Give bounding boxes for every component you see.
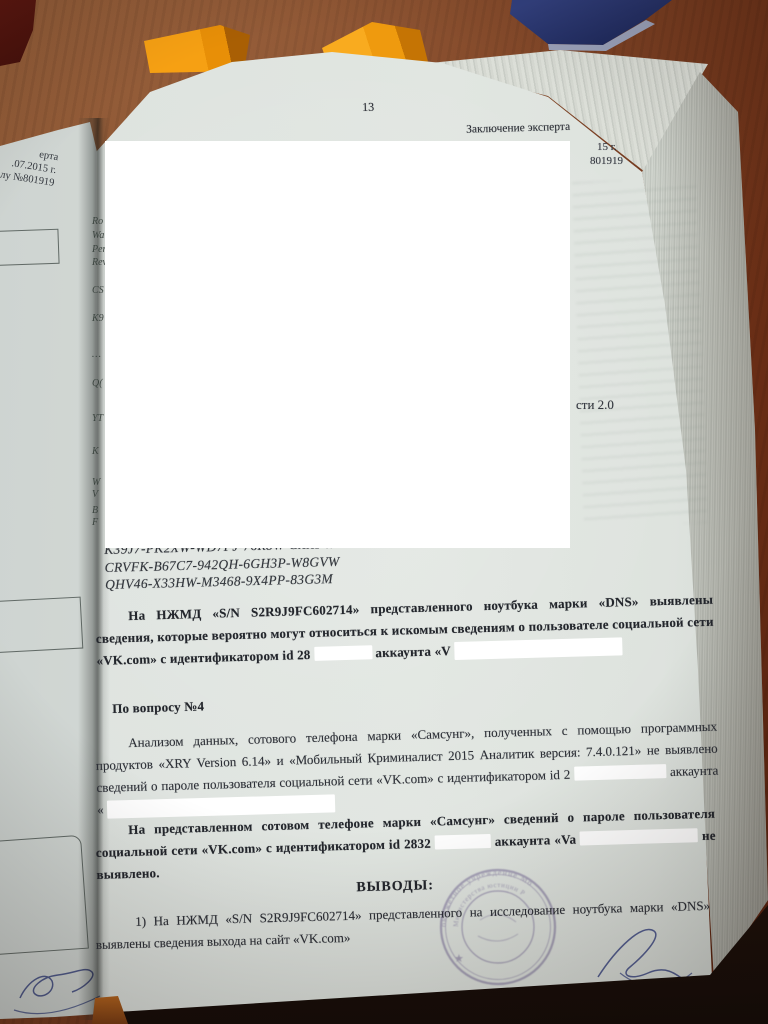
round-stamp: бюджетное учреждение Мо Министерства юст… bbox=[432, 860, 564, 994]
redaction-patch bbox=[314, 645, 372, 661]
redaction-patch bbox=[580, 828, 698, 845]
margin-fragment: V bbox=[92, 489, 98, 500]
left-page-form-box-top bbox=[0, 229, 60, 267]
page-number: 13 bbox=[362, 100, 374, 115]
cut-fragment-right: сти 2.0 bbox=[576, 397, 614, 413]
redaction-patch bbox=[574, 764, 666, 781]
blue-folder-cover bbox=[500, 0, 700, 62]
page-showthrough-text bbox=[572, 178, 708, 527]
margin-fragment: B bbox=[92, 505, 98, 516]
signature-left bbox=[10, 950, 105, 1020]
signature-stroke bbox=[598, 930, 690, 985]
margin-fragment: YT bbox=[92, 413, 103, 424]
paragraph-text: аккаунта «Va bbox=[495, 832, 577, 849]
margin-fragment: CS bbox=[92, 285, 104, 296]
left-page-text-fragments: ерта .07.2015 г. лу №801919 bbox=[0, 142, 59, 190]
signature-stroke bbox=[20, 970, 93, 998]
margin-fragment: … bbox=[92, 349, 101, 360]
stamp-inner-text-lines bbox=[478, 914, 518, 941]
stamp-star-icon: ★ bbox=[454, 953, 464, 965]
margin-fragment: F bbox=[92, 517, 98, 528]
stamp-inner-ring bbox=[462, 891, 534, 963]
margin-fragment: Q( bbox=[92, 378, 103, 389]
header-cut-fragment-case: 801919 bbox=[590, 155, 623, 167]
margin-fragment: Ro bbox=[92, 216, 103, 227]
question4-heading: По вопросу №4 bbox=[112, 698, 204, 717]
signature-stroke bbox=[14, 996, 100, 1014]
margin-fragment: W bbox=[92, 477, 100, 488]
photo-of-expert-report: ерта .07.2015 г. лу №801919 13 Заключени… bbox=[0, 0, 768, 1024]
left-page-form-box-middle bbox=[0, 597, 83, 654]
margin-fragment: K bbox=[92, 446, 99, 457]
paragraph-text: аккаунта «V bbox=[375, 643, 451, 660]
left-page-form-box-bottom bbox=[0, 835, 89, 955]
dark-red-object-top-left bbox=[0, 0, 40, 66]
redaction-block-main bbox=[105, 141, 570, 548]
margin-fragment: K9 bbox=[92, 313, 104, 324]
redaction-patch bbox=[454, 637, 622, 660]
margin-fragment: Wa bbox=[92, 230, 104, 241]
redaction-patch bbox=[435, 834, 491, 850]
paragraph-text: Анализом данных, сотового телефона марки… bbox=[96, 719, 718, 795]
header-cut-fragment-date: 15 г. bbox=[597, 141, 617, 153]
